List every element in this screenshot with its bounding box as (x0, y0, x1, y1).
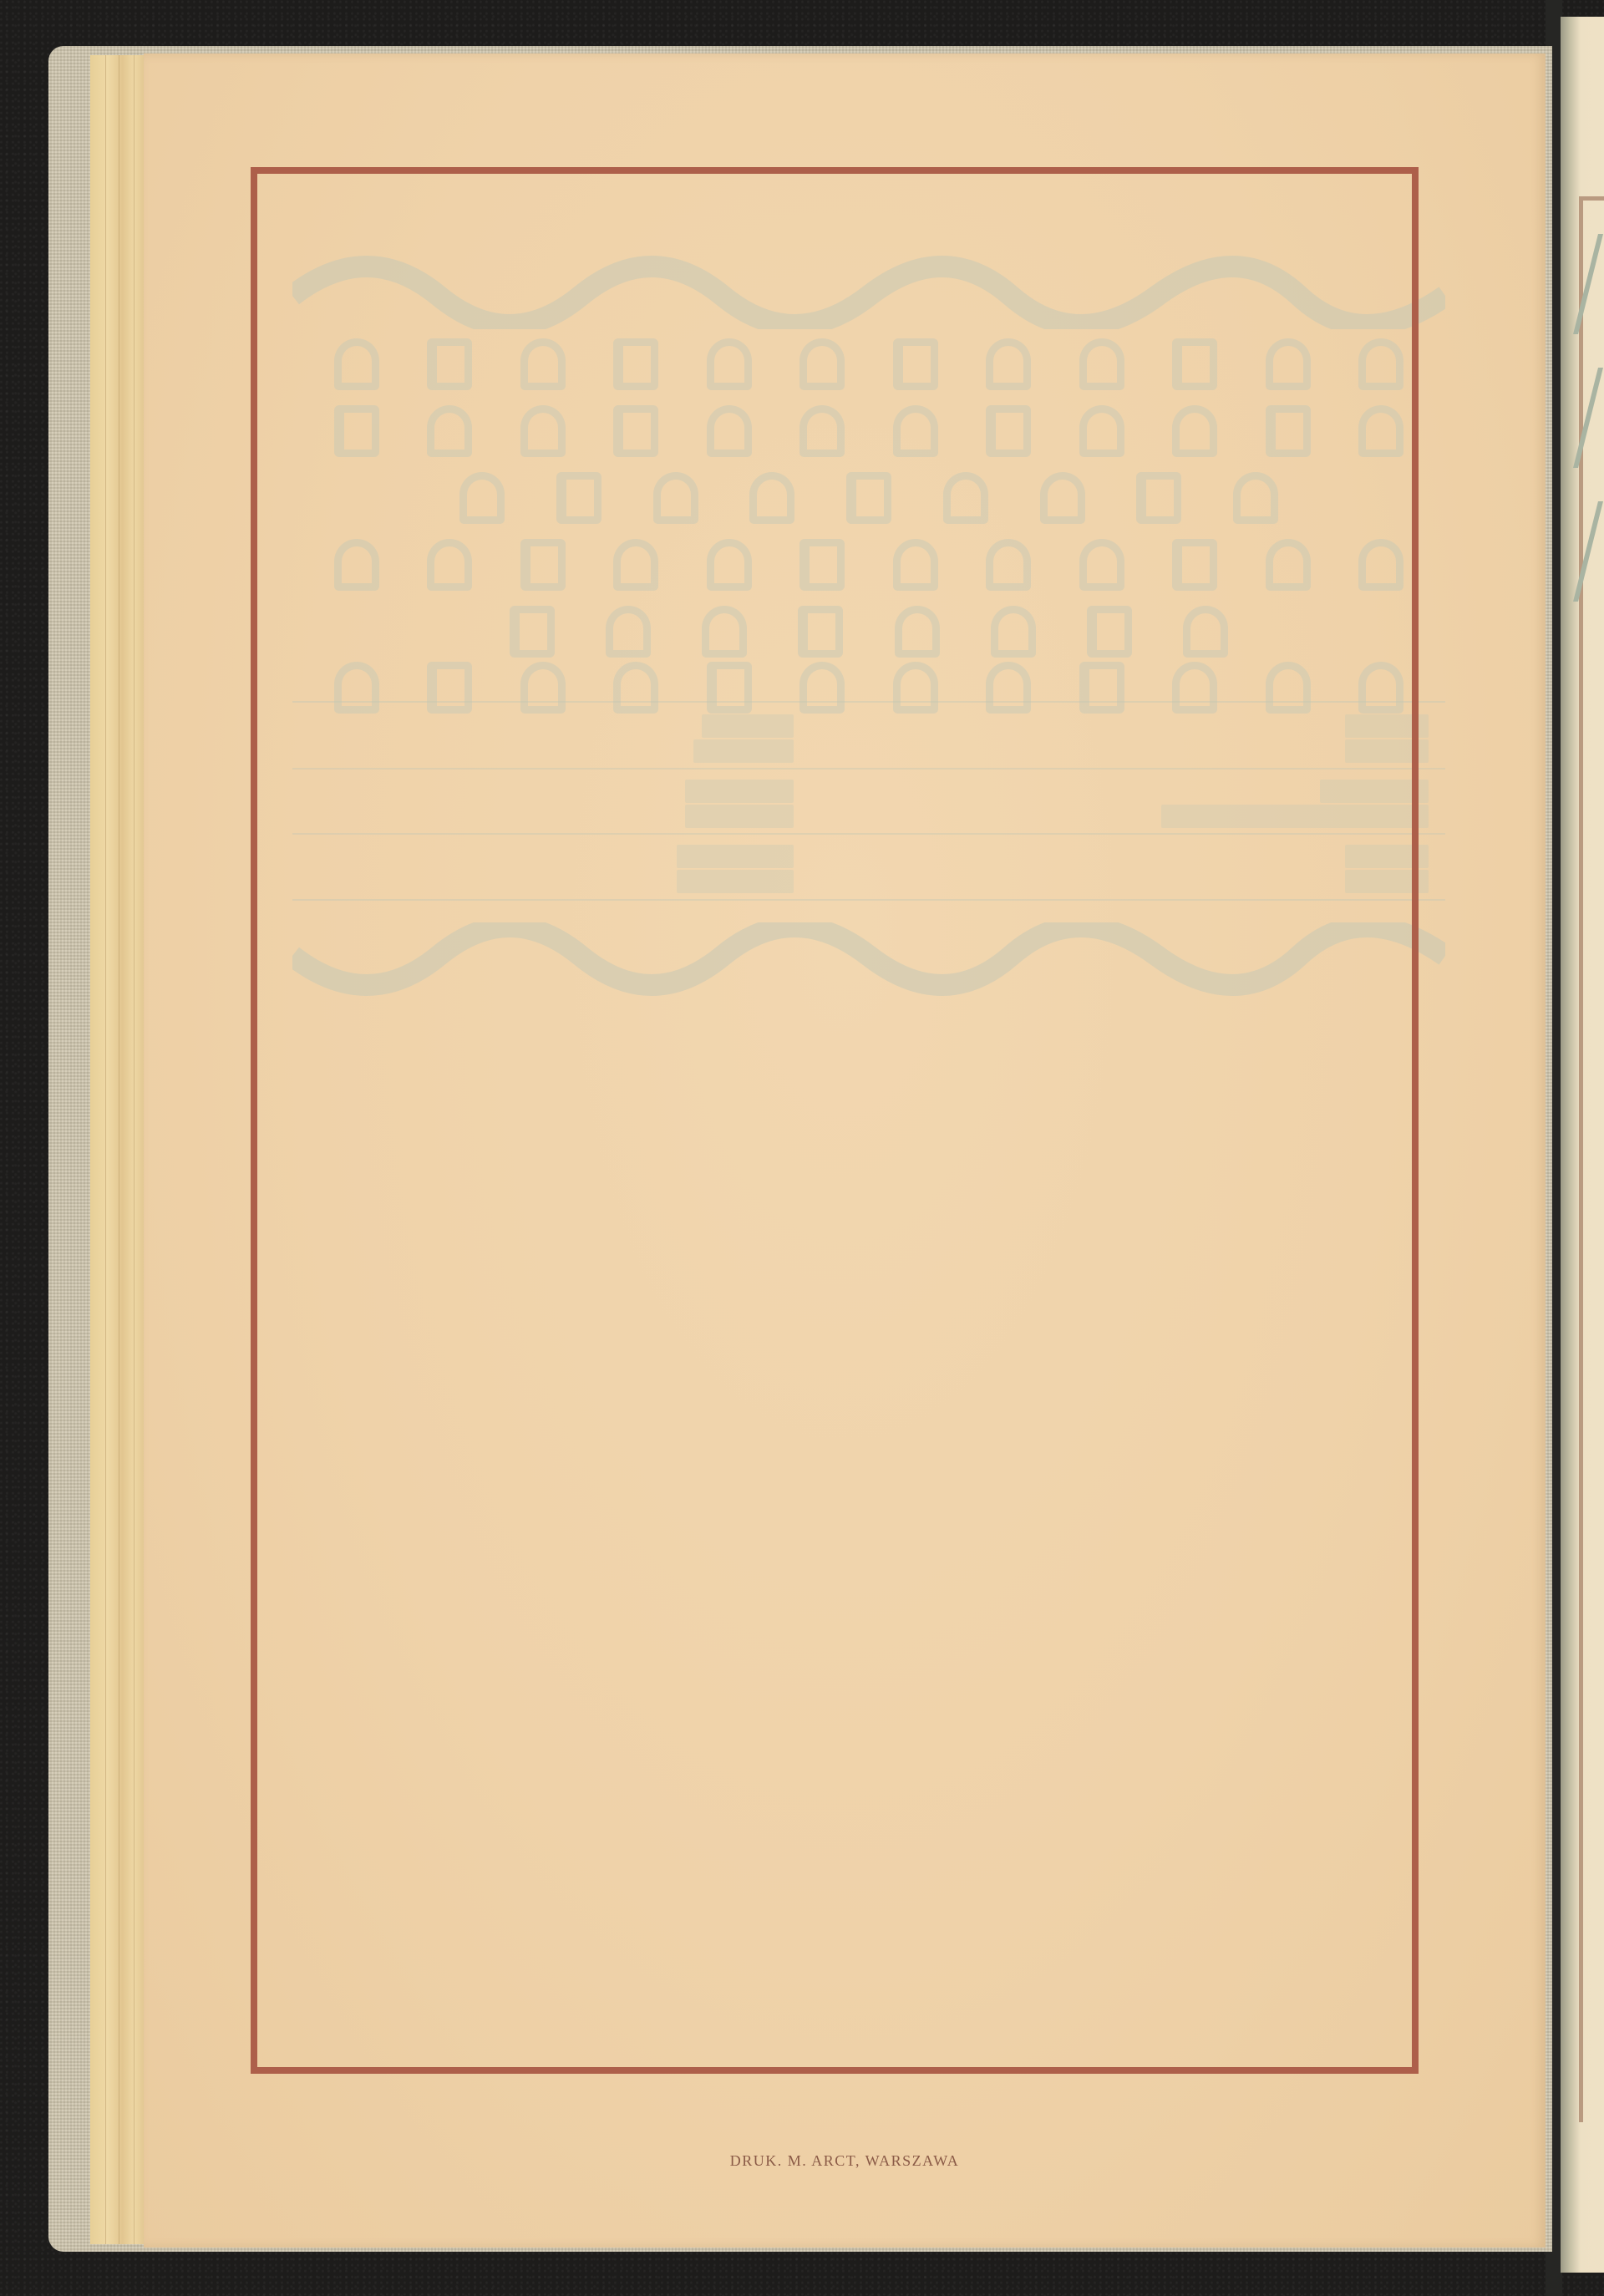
page-edges (90, 55, 150, 2244)
book-page: DRUK. M. ARCT, WARSZAWA (144, 53, 1546, 2248)
page-edge-line (105, 55, 106, 2244)
page-border-frame (251, 167, 1419, 2074)
page-edge-line (134, 55, 135, 2244)
page-edge-line (119, 55, 119, 2244)
printer-imprint: DRUK. M. ARCT, WARSZAWA (144, 2152, 1546, 2170)
adjacent-page-ornament-border (1579, 196, 1604, 2122)
adjacent-page-edge (1561, 17, 1604, 2273)
